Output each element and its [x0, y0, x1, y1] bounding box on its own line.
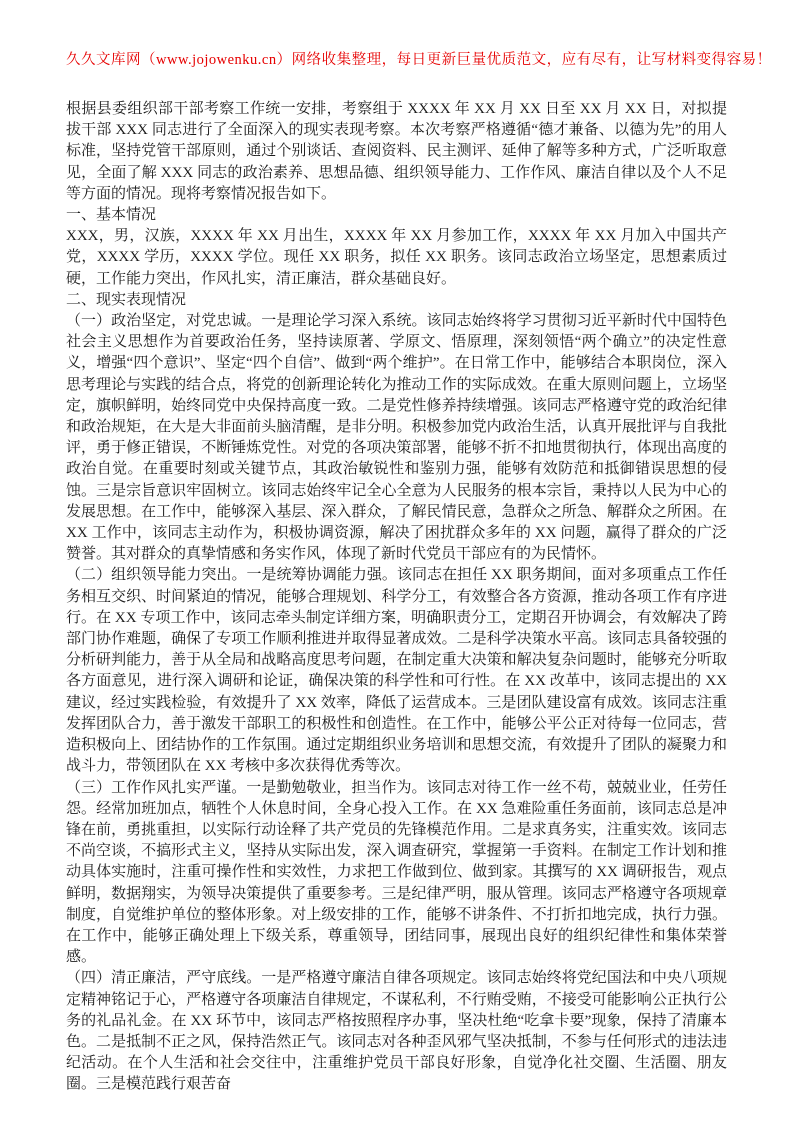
document-body: 根据县委组织部干部考察工作统一安排，考察组于 XXXX 年 XX 月 XX 日至…	[66, 99, 727, 1096]
section-heading-performance: 二、现实表现情况	[66, 290, 727, 311]
paragraph-political-firmness: （一）政治坚定，对党忠诚。一是理论学习深入系统。该同志始终将学习贯彻习近平新时代…	[66, 311, 727, 565]
paragraph-basic-info: XXX，男，汉族，XXXX 年 XX 月出生，XXXX 年 XX 月参加工作，X…	[66, 226, 727, 290]
section-heading-basic-info: 一、基本情况	[66, 205, 727, 226]
paragraph-integrity: （四）清正廉洁，严守底线。一是严格遵守廉洁自律各项规定。该同志始终将党纪国法和中…	[66, 968, 727, 1095]
paragraph-work-style: （三）工作作风扎实严谨。一是勤勉敬业，担当作为。该同志对待工作一丝不苟，兢兢业业…	[66, 778, 727, 969]
site-watermark-header: 久久文库网（www.jojowenku.cn）网络收集整理，每日更新巨量优质范文…	[66, 50, 727, 71]
paragraph-intro: 根据县委组织部干部考察工作统一安排，考察组于 XXXX 年 XX 月 XX 日至…	[66, 99, 727, 205]
paragraph-leadership-ability: （二）组织领导能力突出。一是统筹协调能力强。该同志在担任 XX 职务期间，面对多…	[66, 565, 727, 777]
document-page: 久久文库网（www.jojowenku.cn）网络收集整理，每日更新巨量优质范文…	[0, 0, 793, 1122]
